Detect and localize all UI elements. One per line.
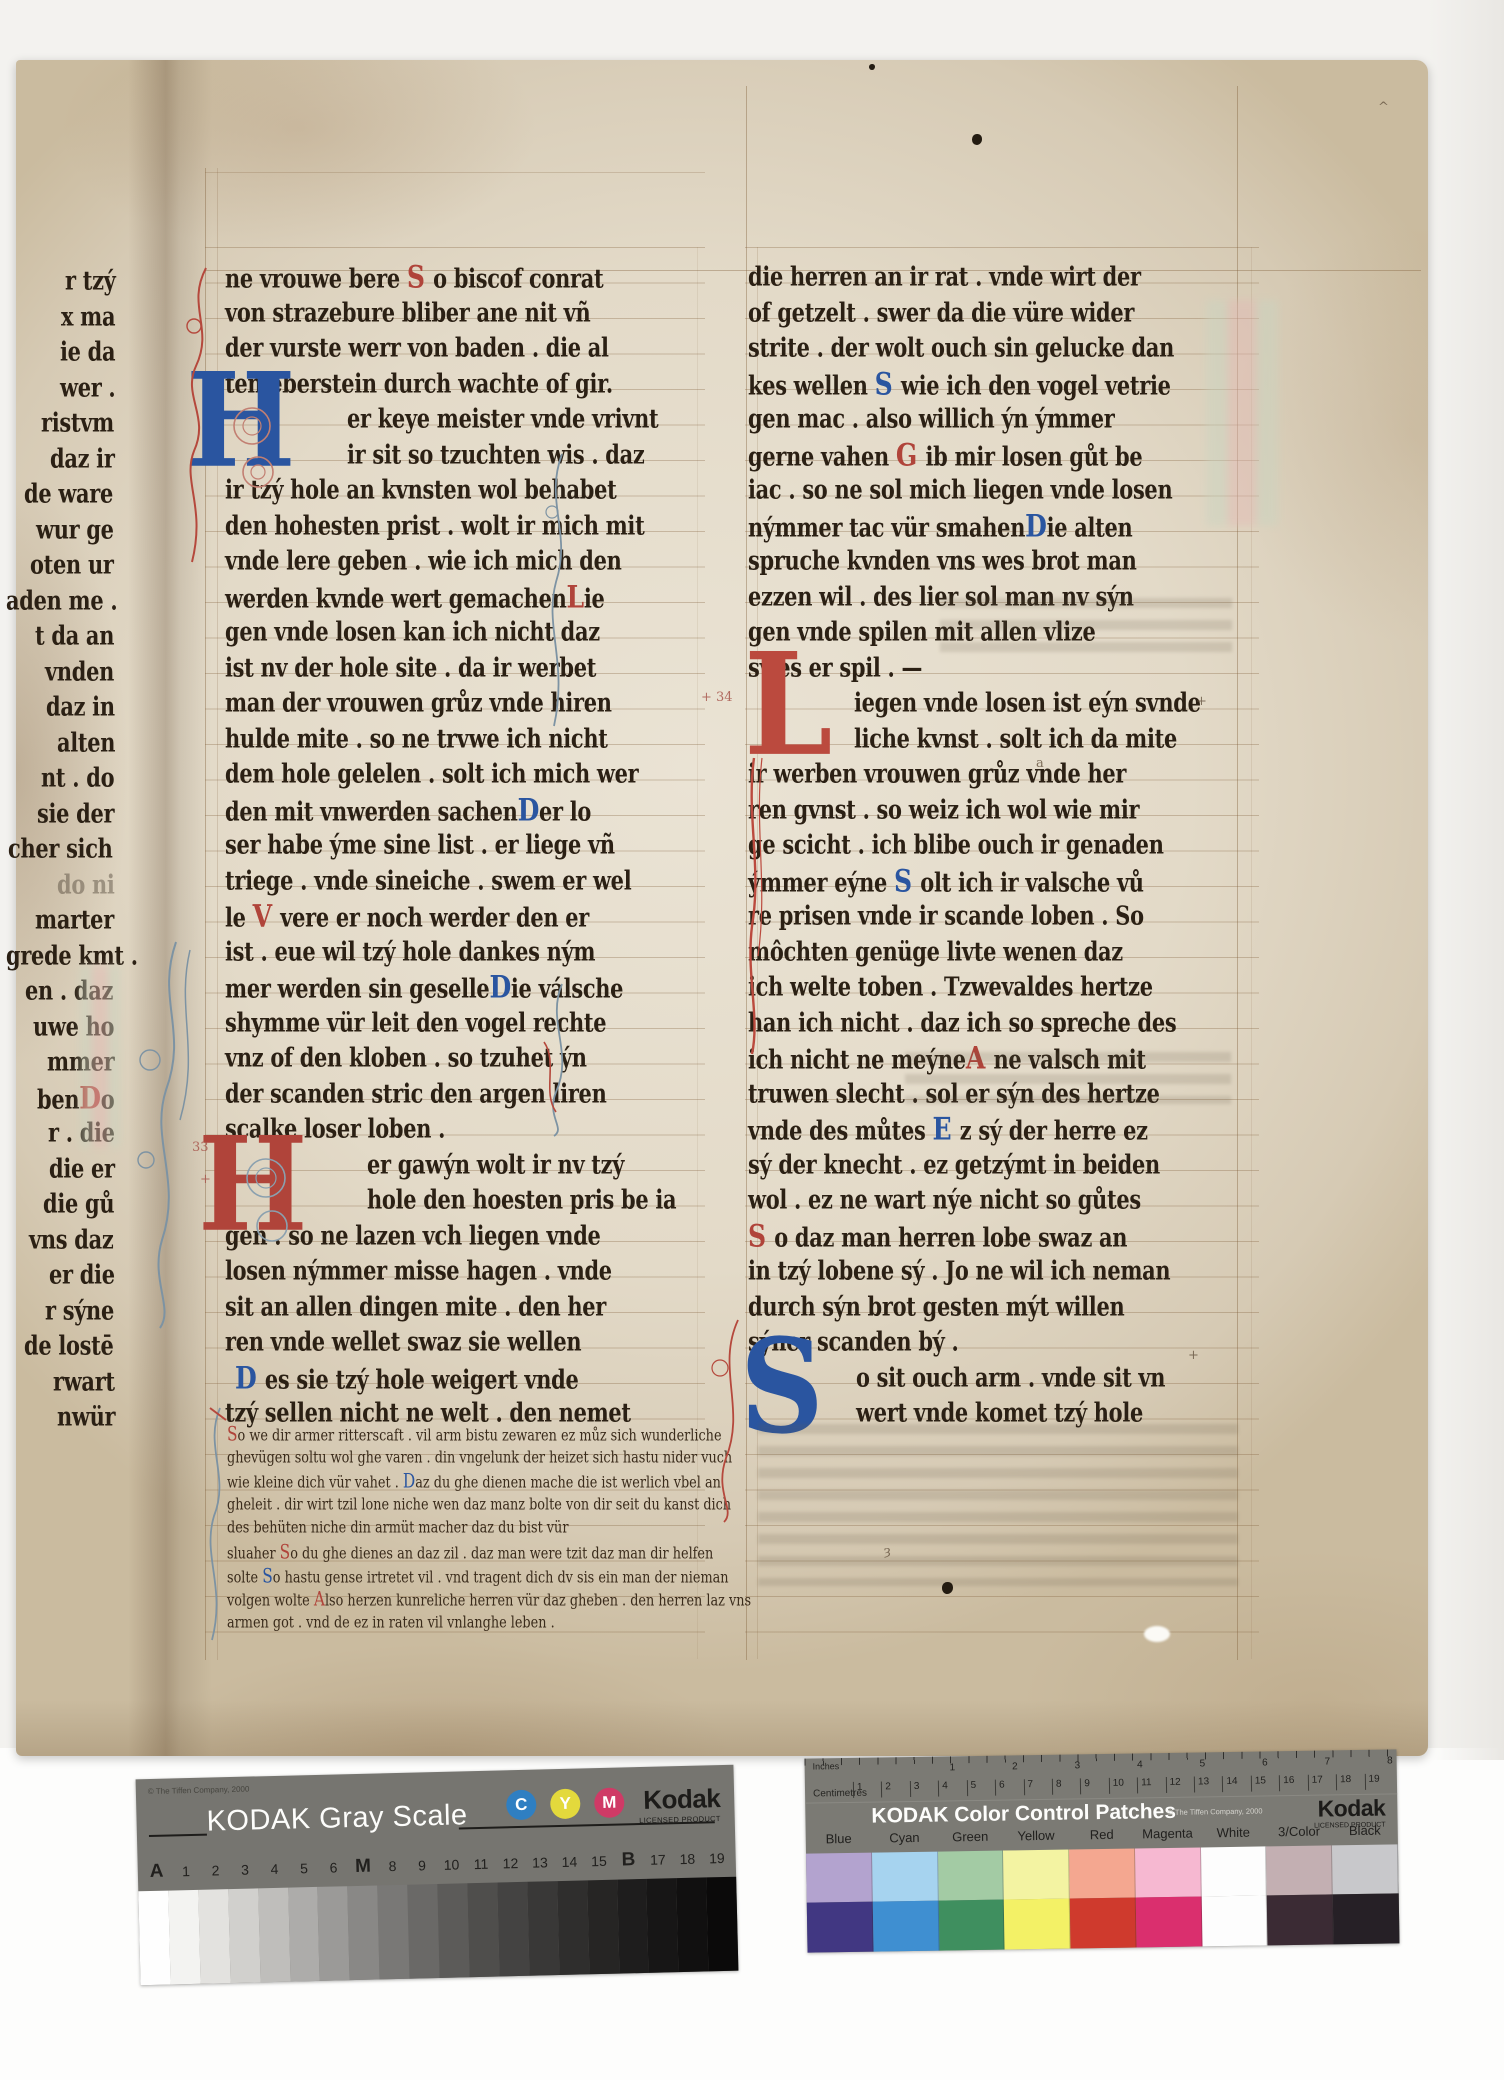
margin-annotation: +	[1188, 1348, 1199, 1363]
manuscript-text: iac . so ne sol mich liegen vnde losen	[748, 475, 1172, 506]
color-label-green: Green	[937, 1829, 1003, 1852]
manuscript-text: ich welte toben . Tzwevaldes hertze	[748, 972, 1153, 1003]
manuscript-text: olt ich ir valsche vů	[920, 867, 1143, 898]
manuscript-text: ghevügen soltu wol ghe varen . din vngel…	[227, 1448, 732, 1467]
color-patch-dark	[938, 1900, 1005, 1951]
rubricated-initial: D	[1025, 508, 1046, 545]
cm-number: 3	[910, 1781, 939, 1797]
manuscript-text: wur ge	[36, 514, 114, 545]
manuscript-text: ie	[584, 583, 605, 614]
cm-number: 15	[1251, 1775, 1280, 1791]
color-label-red: Red	[1069, 1826, 1135, 1849]
color-patch-light	[1266, 1845, 1333, 1895]
manuscript-text: die er	[49, 1153, 115, 1184]
ink-showthrough-block	[758, 1424, 1238, 1586]
manuscript-text: kes wellen	[748, 370, 875, 401]
inch-number: 3	[1018, 1760, 1081, 1772]
cm-number: 5	[967, 1780, 996, 1796]
manuscript-line-text: nwür	[57, 1397, 115, 1439]
pen-flourish-l-tail	[742, 756, 770, 1056]
pen-flourish-spirals	[226, 1146, 316, 1256]
cm-number: 18	[1336, 1774, 1365, 1790]
inch-number: 6	[1205, 1757, 1268, 1769]
manuscript-text: mer werden sin geselle	[225, 974, 489, 1005]
manuscript-text: de ware	[24, 479, 113, 510]
manuscript-text: ben	[37, 1084, 79, 1115]
rubricated-initial: D	[518, 792, 539, 829]
manuscript-text: o du ghe dienes an daz zil . daz man wer…	[290, 1544, 713, 1563]
color-patch-dark	[873, 1901, 940, 1952]
manuscript-text: es sie tzý hole weigert vnde	[265, 1364, 579, 1395]
rubricated-initial: S	[894, 863, 920, 900]
gray-step-label: 6	[319, 1859, 349, 1876]
kodak-color-control-strip: Inches 12345678 123456789101112131415161…	[805, 1749, 1400, 1952]
manuscript-text: az du ghe dienen mache die ist werlich v…	[415, 1473, 721, 1492]
manuscript-text: den hohesten prist . wolt ir mich mit	[225, 510, 644, 541]
rubricated-initial: A	[314, 1588, 325, 1610]
cm-number: 11	[1137, 1777, 1166, 1793]
color-patch-light	[1135, 1847, 1202, 1897]
pen-flourish-spirals	[214, 392, 304, 502]
gray-step-label: 5	[289, 1860, 319, 1877]
manuscript-text: ristvm	[41, 408, 114, 439]
kodak-logo-text: Kodak	[638, 1783, 720, 1816]
gray-step-label: 1	[171, 1863, 201, 1880]
margin-annotation: ^	[1378, 100, 1389, 115]
manuscript-text: den mit vnwerden sachen	[225, 796, 518, 827]
manuscript-text: dem hole gelelen . solt ich mich wer	[225, 759, 638, 790]
gray-step-label: 9	[407, 1857, 437, 1874]
color-patch-dark	[1004, 1899, 1071, 1950]
cm-number: 10	[1109, 1777, 1138, 1793]
manuscript-text: wer .	[60, 372, 115, 403]
cym-dot-y: Y	[550, 1788, 581, 1819]
rubricated-initial: S	[280, 1541, 291, 1563]
color-strip-title: KODAK Color Control Patches	[871, 1800, 1176, 1829]
manuscript-text: rwart	[53, 1366, 115, 1397]
inches-label: Inches	[813, 1761, 840, 1771]
rubricated-initial: S	[407, 259, 433, 296]
rubricated-initial: D	[235, 1360, 265, 1397]
pen-flourish-bluegray	[116, 940, 204, 1330]
gray-step-label: 18	[672, 1851, 702, 1868]
rubricated-initial: D	[403, 1470, 415, 1492]
manuscript-text: z sý der herre ez	[960, 1116, 1148, 1147]
rubricated-initial: S	[875, 366, 901, 403]
gray-step-label: 19	[702, 1850, 732, 1867]
gray-patch	[228, 1888, 260, 1983]
inch-number: 8	[1330, 1755, 1393, 1767]
cm-number: 17	[1308, 1774, 1337, 1790]
manuscript-text: ist . eue wil tzý hole dankes ným	[225, 936, 595, 967]
gray-patch	[138, 1891, 170, 1986]
manuscript-text: wie ich den vogel vetrie	[901, 370, 1171, 401]
color-patch-light	[1069, 1848, 1136, 1898]
inch-number: 2	[955, 1761, 1018, 1773]
text-column-right: die herren an ir rat . vnde wirt derof g…	[748, 262, 1238, 1434]
manuscript-text: in tzý lobene sý . Jo ne wil ich neman	[748, 1256, 1170, 1287]
margin-annotation: ȝ	[884, 1544, 891, 1559]
manuscript-text: nwür	[57, 1402, 115, 1433]
manuscript-text: wol . ez ne wart nýe nicht so gůtes	[748, 1185, 1141, 1216]
manuscript-text: triege . vnde sineiche . swem er wel	[225, 865, 631, 896]
gray-step-label: 17	[643, 1851, 673, 1868]
rubricated-initial: S	[748, 1218, 774, 1255]
color-patch-dark	[1201, 1895, 1268, 1946]
manuscript-text: wie kleine dich vür vahet .	[227, 1473, 403, 1492]
gray-scale-title: KODAK Gray Scale	[206, 1799, 468, 1838]
facing-page-fragment: r tzýx maie dawer .ristvmdaz irde warewu…	[6, 266, 118, 1438]
manuscript-text: gheleit . dir wirt tzil lone niche wen d…	[227, 1495, 731, 1514]
manuscript-text: re prisen vnde ir scande loben . So	[748, 901, 1144, 932]
manuscript-text: o we dir armer ritterscaft . vil arm bis…	[238, 1426, 722, 1445]
manuscript-text: vnden	[45, 656, 114, 687]
cym-dot-m: M	[594, 1787, 625, 1818]
gray-step-label: A	[142, 1860, 172, 1883]
manuscript-text: vere er noch werder den er	[280, 903, 589, 934]
margin-annotation: +	[1196, 694, 1207, 709]
manuscript-text: o hastu gense irtretet vil . vnd tragent…	[273, 1568, 729, 1587]
gray-patch	[407, 1884, 439, 1979]
addendum-block: So we dir armer ritterscaft . vil arm bi…	[227, 1424, 699, 1636]
centimetres-label: Centimetres	[813, 1788, 867, 1800]
cm-numbers: 12345678910111213141516171819	[853, 1773, 1393, 1797]
manuscript-text: liche kvnst . solt ich da mite	[854, 723, 1177, 754]
cm-number: 14	[1222, 1776, 1251, 1792]
manuscript-text: r sýne	[45, 1295, 114, 1326]
manuscript-text: aden me .	[6, 585, 117, 616]
manuscript-text: er die	[49, 1260, 115, 1291]
manuscript-text: le	[225, 903, 253, 934]
manuscript-line-text: armen got . vnd de ez in raten vil vnlan…	[227, 1609, 555, 1637]
manuscript-text: er gawýn wolt ir nv tzý	[367, 1149, 624, 1180]
manuscript-line: nwür	[6, 1402, 118, 1438]
manuscript-text: sý der knecht . ez getzýmt in beiden	[748, 1149, 1160, 1180]
manuscript-line: armen got . vnd de ez in raten vil vnlan…	[227, 1613, 699, 1637]
color-strip-copyright: © The Tiffen Company, 2000	[1167, 1806, 1262, 1816]
manuscript-text: r tzý	[65, 266, 116, 297]
pen-flourish-bluegray	[196, 1406, 236, 1642]
cm-number: 19	[1364, 1773, 1393, 1789]
gray-patch	[647, 1878, 679, 1973]
manuscript-text: werden kvnde wert gemachen	[225, 583, 566, 614]
inch-number: 4	[1080, 1759, 1143, 1771]
ruling-header-line	[205, 172, 705, 173]
color-patches-dark-row	[807, 1893, 1400, 1952]
manuscript-text: nýmmer tac vür smahen	[748, 512, 1025, 543]
color-patch-light	[1201, 1846, 1268, 1896]
inch-number: 7	[1268, 1756, 1331, 1768]
cm-number: 9	[1080, 1778, 1109, 1794]
manuscript-text: gen mac . also willich ýn ýmmer	[748, 404, 1114, 435]
cm-number: 6	[995, 1779, 1024, 1795]
manuscript-text: ir sit so tzuchten wis . daz	[347, 439, 644, 470]
illuminated-initial-L-red: L	[744, 634, 833, 775]
gray-step-label: M	[348, 1855, 378, 1878]
gray-scale-header: © The Tiffen Company, 2000 KODAK Gray Sc…	[136, 1765, 736, 1854]
manuscript-text: armen got . vnd de ez in raten vil vnlan…	[227, 1613, 555, 1632]
gray-step-label: 12	[496, 1855, 526, 1872]
cm-number: 13	[1194, 1776, 1223, 1792]
screenshot-root: { "manuscript": { "facing_lines": [ {"s"…	[0, 0, 1504, 2080]
manuscript-text: ie alten	[1047, 512, 1133, 543]
manuscript-text: ge scicht . ich blibe ouch ir genaden	[748, 830, 1164, 861]
gray-patch	[168, 1890, 200, 1985]
manuscript-text: daz in	[46, 692, 115, 723]
manuscript-text: vnde des můtes	[748, 1116, 933, 1147]
gray-step-label: 14	[555, 1853, 585, 1870]
color-label-white: White	[1200, 1824, 1266, 1847]
pen-flourish-s	[698, 1318, 758, 1524]
manuscript-text: vns daz	[29, 1224, 113, 1255]
ink-showthrough	[905, 1052, 1231, 1104]
gray-patch	[617, 1879, 649, 1974]
manuscript-text: die gů	[43, 1189, 114, 1220]
manuscript-text: oten ur	[30, 550, 114, 581]
rubricated-initial: V	[253, 898, 281, 935]
gray-step-label: 2	[201, 1862, 231, 1879]
cm-number: 8	[1052, 1778, 1081, 1794]
gray-patch	[198, 1889, 230, 1984]
manuscript-text: ib mir losen gůt be	[926, 441, 1143, 472]
manuscript-text: o daz man herren lobe swaz an	[774, 1222, 1127, 1253]
color-label-cyan: Cyan	[871, 1830, 937, 1853]
gray-patch	[377, 1885, 409, 1980]
gray-patch	[706, 1877, 738, 1972]
cm-number: 16	[1279, 1775, 1308, 1791]
gray-step-label: 13	[525, 1854, 555, 1871]
title-underline	[149, 1834, 207, 1837]
manuscript-text: ne vrouwe bere	[225, 264, 407, 295]
rubricated-initial: S	[262, 1564, 273, 1586]
kodak-brand: Kodak LICENSED PRODUCT	[1314, 1795, 1386, 1830]
color-patch-light	[872, 1852, 939, 1902]
manuscript-text: ren vnde wellet swaz sie wellen	[225, 1327, 581, 1358]
color-label-yellow: Yellow	[1003, 1828, 1069, 1851]
gray-step-label: 15	[584, 1853, 614, 1870]
color-patch-light	[1332, 1844, 1399, 1894]
gray-patch	[318, 1886, 350, 1981]
color-patch-light	[1003, 1850, 1070, 1900]
kodak-brand: Kodak LICENSED PRODUCT	[638, 1783, 720, 1825]
pen-flourish-gutter-mid	[534, 982, 584, 1138]
manuscript-text: von strazebure bliber ane nit vñ	[225, 297, 590, 328]
licensed-product-label: LICENSED PRODUCT	[639, 1814, 721, 1825]
manuscript-text: sie der	[37, 798, 114, 829]
leaf-bottom-edge	[16, 1700, 1428, 1756]
manuscript-text: vnz of den kloben . so tzuhet ýn	[225, 1043, 587, 1074]
manuscript-text: ie da	[60, 337, 115, 368]
manuscript-text: lso herzen kunreliche herren vür daz ghe…	[325, 1591, 751, 1610]
manuscript-text: cher sich	[8, 834, 113, 865]
ornament-showthrough	[80, 966, 120, 1148]
manuscript-text: iegen vnde losen ist eýn svnde	[854, 688, 1201, 719]
manuscript-text: volgen wolte	[227, 1591, 314, 1610]
manuscript-text: de lostē	[24, 1331, 114, 1362]
margin-annotation: + 34	[701, 690, 733, 705]
manuscript-text: spruche kvnden vns wes brot man	[748, 546, 1137, 577]
gray-patch	[587, 1880, 619, 1975]
color-patch-dark	[1267, 1894, 1334, 1945]
margin-annotation: +	[200, 1172, 211, 1187]
gray-patch	[258, 1888, 290, 1983]
kodak-logo-text: Kodak	[1314, 1795, 1386, 1823]
color-patch-dark	[807, 1902, 874, 1953]
gray-patch	[497, 1882, 529, 1977]
gray-patch	[527, 1881, 559, 1976]
manuscript-text: o sit ouch arm . vnde sit vn	[856, 1362, 1165, 1393]
gray-patch	[288, 1887, 320, 1982]
color-label-magenta: Magenta	[1135, 1825, 1201, 1848]
manuscript-text: x ma	[61, 301, 115, 332]
ink-showthrough	[940, 598, 1232, 660]
inch-number: 5	[1143, 1758, 1206, 1770]
color-patch-dark	[1333, 1893, 1400, 1944]
manuscript-text: of getzelt . swer da die vüre wider	[748, 297, 1134, 328]
cym-dots: CYM	[506, 1787, 625, 1820]
rubricated-initial: G	[896, 437, 926, 474]
manuscript-text: sit an allen dingen mite . den her	[225, 1291, 606, 1322]
gray-patch	[467, 1883, 499, 1978]
ornament-showthrough	[1206, 300, 1278, 526]
gray-patch	[437, 1883, 469, 1978]
cm-number: 7	[1023, 1779, 1052, 1795]
manuscript-text: ren gvnst . so weiz ich wol wie mir	[748, 794, 1139, 825]
gray-scale-copyright: © The Tiffen Company, 2000	[148, 1785, 250, 1796]
margin-annotation: 33	[192, 1140, 209, 1155]
manuscript-text: hole den hoesten pris be ia	[367, 1185, 676, 1216]
manuscript-text: er lo	[539, 796, 591, 827]
cm-number: 2	[881, 1781, 910, 1797]
color-patch-light	[938, 1851, 1005, 1901]
color-patch-dark	[1070, 1897, 1137, 1948]
cm-number: 4	[938, 1780, 967, 1796]
manuscript-text: do ni	[57, 869, 115, 900]
gray-step-label: 4	[260, 1861, 290, 1878]
rubricated-initial: D	[489, 969, 510, 1006]
margin-annotation: a	[1036, 756, 1044, 771]
manuscript-text: t da an	[35, 621, 114, 652]
rubricated-initial: E	[933, 1111, 960, 1148]
manuscript-text: alten	[57, 727, 115, 758]
manuscript-text: marter	[35, 905, 114, 936]
inch-number: 1	[893, 1762, 956, 1774]
color-patch-light	[806, 1853, 873, 1903]
manuscript-text: ser habe ýme sine list . er liege vñ	[225, 830, 615, 861]
licensed-product-label: LICENSED PRODUCT	[1314, 1822, 1386, 1830]
gray-patch	[557, 1880, 589, 1975]
gray-step-label: 3	[230, 1861, 260, 1878]
kodak-gray-scale-strip: © The Tiffen Company, 2000 KODAK Gray Sc…	[136, 1765, 739, 1986]
manuscript-text: o biscof conrat	[433, 264, 603, 295]
manuscript-text: des behüten niche din armüt macher daz d…	[227, 1519, 568, 1538]
manuscript-text: strite . der wolt ouch sin gelucke dan	[748, 333, 1174, 364]
photo-backdrop-right	[1428, 0, 1504, 1760]
gray-step-label: B	[613, 1849, 643, 1872]
manuscript-text: er keye meister vnde vrivnt	[347, 404, 658, 435]
manuscript-text: han ich nicht . daz ich so spreche des	[748, 1007, 1176, 1038]
cm-number: 12	[1165, 1777, 1194, 1793]
manuscript-text: nt . do	[41, 763, 114, 794]
color-patch-dark	[1136, 1896, 1203, 1947]
manuscript-text: môchten genüge livte wenen daz	[748, 936, 1123, 967]
gray-step-label: 8	[378, 1858, 408, 1875]
gray-patch	[348, 1885, 380, 1980]
color-label-blue: Blue	[806, 1831, 872, 1854]
manuscript-text: gerne vahen	[748, 441, 896, 472]
gray-step-label: 11	[466, 1856, 496, 1873]
manuscript-text: die herren an ir rat . vnde wirt der	[748, 262, 1141, 293]
gray-step-label: 10	[437, 1856, 467, 1873]
glare-spot	[1144, 1626, 1170, 1642]
gray-scale-patches	[138, 1877, 738, 1986]
gray-patch	[676, 1877, 708, 1972]
cym-dot-c: C	[506, 1790, 537, 1821]
pen-flourish-gutter-top	[536, 452, 580, 728]
manuscript-text: daz ir	[50, 443, 115, 474]
